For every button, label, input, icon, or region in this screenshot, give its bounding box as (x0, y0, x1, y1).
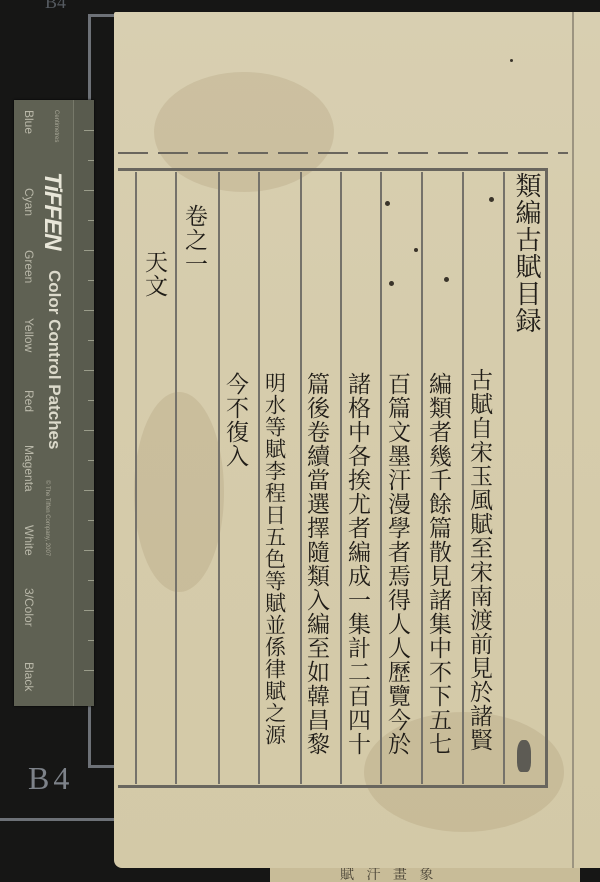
color-strip-title: Color Control Patches (44, 270, 64, 449)
tiffen-logo: TiFFEN (38, 172, 66, 250)
plate-label-b4: B4 (28, 760, 73, 797)
ruler-scale (73, 100, 94, 706)
ink-smudge (517, 740, 531, 772)
text-column: 明水等賦李程日五色等賦並係律賦之源 (262, 372, 286, 746)
column-rule (340, 172, 342, 784)
category-heading: 天文 (140, 250, 167, 298)
column-rule (380, 172, 382, 784)
text-column: 今不復入 (222, 372, 247, 468)
patch-label-cyan: Cyan (22, 188, 36, 216)
column-rule (462, 172, 464, 784)
patch-label-white: White (22, 525, 36, 556)
text-column: 古賦自宋玉風賦至宋南渡前見於諸賢 (466, 368, 491, 752)
text-column: 諸格中各挨尤者編成一集計二百四十 (344, 372, 369, 756)
patch-label-blue: Blue (22, 110, 36, 134)
patch-label-magenta: Magenta (22, 445, 36, 492)
color-control-strip: TiFFEN Color Control Patches © The Tiffe… (14, 100, 94, 706)
column-rule (218, 172, 220, 784)
volume-heading: 卷之一 (181, 204, 206, 276)
column-rule (135, 172, 137, 784)
column-rule (421, 172, 423, 784)
text-column: 編類者幾千餘篇散見諸集中不下五七 (425, 372, 450, 756)
patch-label-yellow: Yellow (22, 318, 36, 352)
text-column: 篇後卷續當選擇隨類入編至如韓昌黎 (303, 372, 328, 756)
column-rule (258, 172, 260, 784)
patch-label-red: Red (22, 390, 36, 412)
color-strip-unit-label: Centimetres (53, 110, 59, 142)
text-column: 百篇文墨汗漫學者焉得人人歷覽今於 (384, 372, 409, 756)
patch-label-green: Green (22, 250, 36, 283)
column-rule (175, 172, 177, 784)
page-fold-line (572, 12, 574, 868)
column-rule (503, 172, 505, 784)
document-title: 類編古賦目録 (509, 172, 543, 334)
top-mark-label: B4 (45, 0, 66, 13)
block-upper-rule (118, 152, 568, 154)
patch-label-black: Black (22, 662, 36, 691)
background-frame-lower (0, 818, 120, 821)
patch-label-3color: 3/Color (22, 588, 36, 627)
column-rule (300, 172, 302, 784)
color-strip-copyright: © The Tiffen Company, 2007 (44, 480, 50, 556)
